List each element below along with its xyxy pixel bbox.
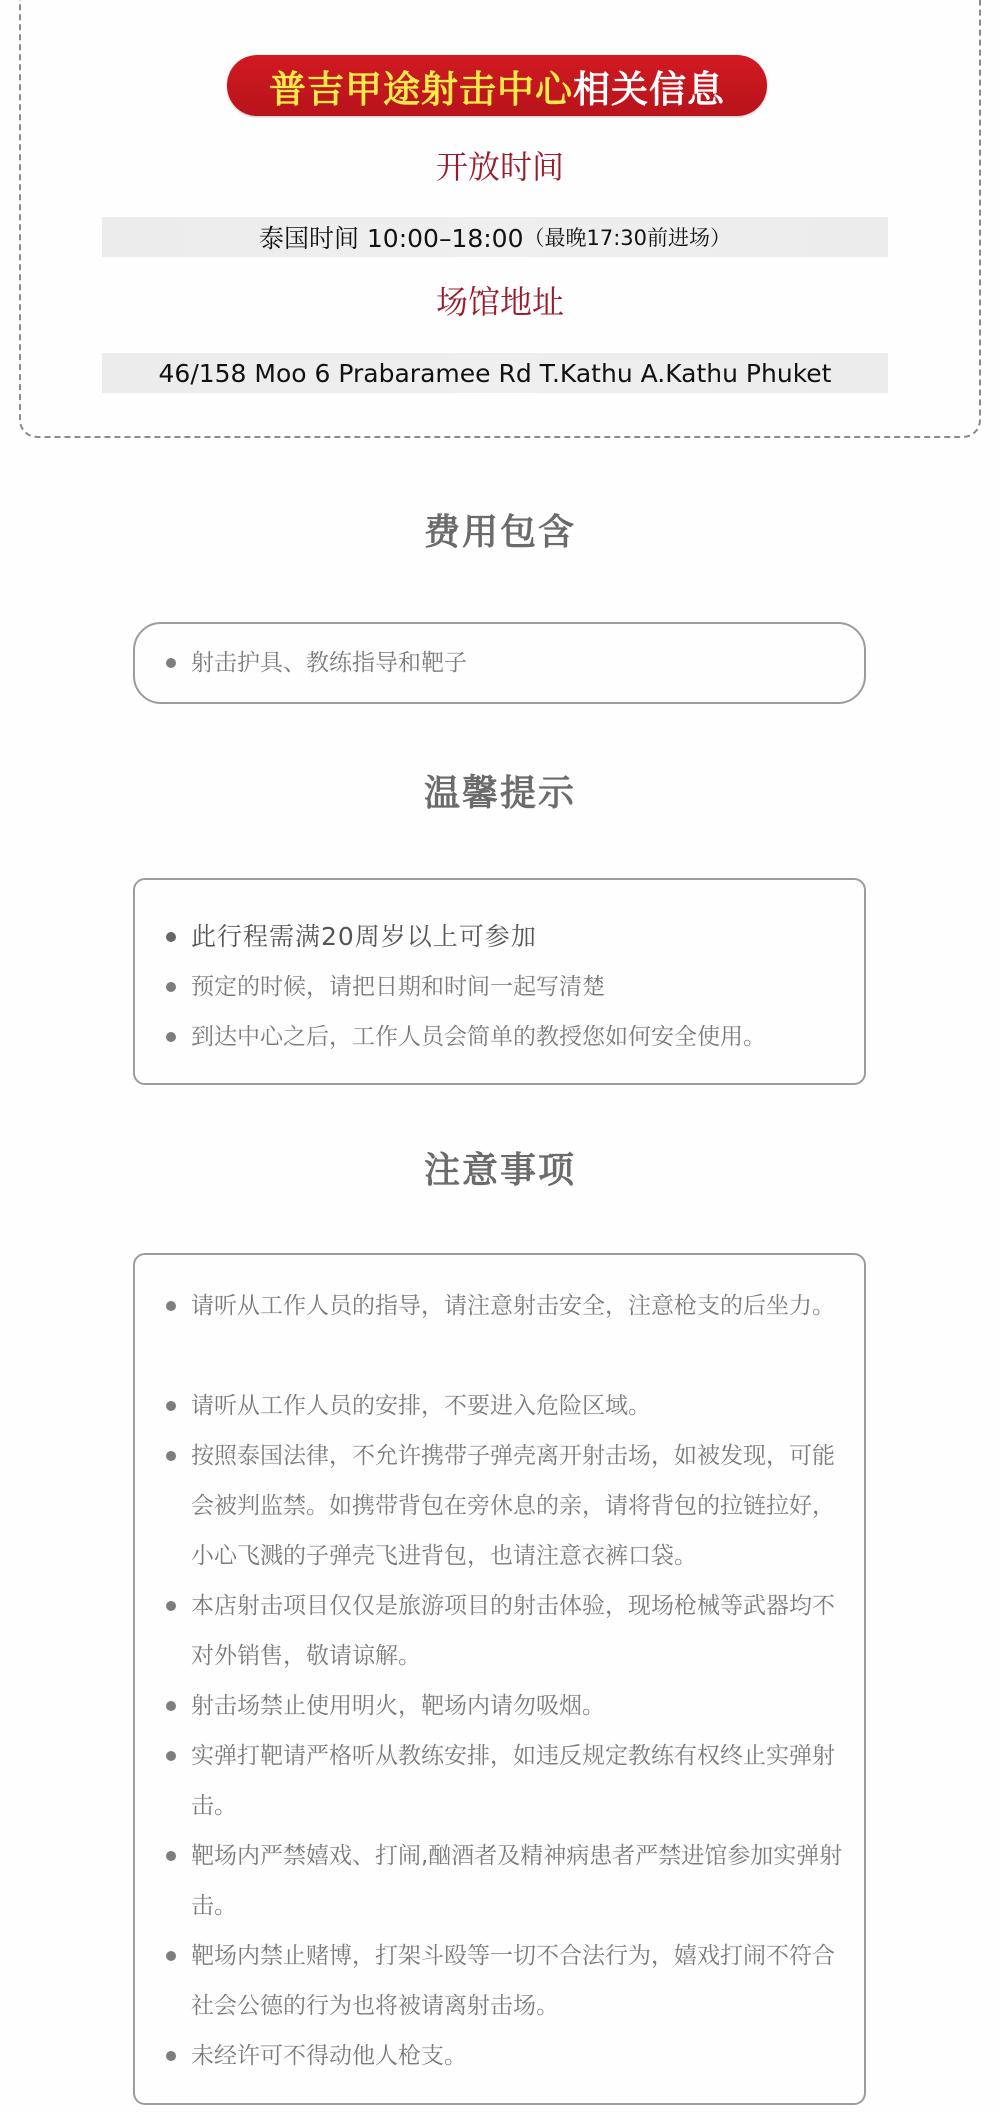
list-item: 靶场内禁止赌博，打架斗殴等一切不合法行为，嬉戏打闹不符合社会公德的行为也将被请离…	[166, 1931, 844, 2031]
banner-title-highlight: 普吉甲途射击中心	[269, 59, 573, 113]
list-item: 射击护具、教练指导和靶子	[166, 638, 844, 688]
opening-hours-value: 泰国时间 10:00–18:00	[259, 219, 524, 255]
list-item: 本店射击项目仅仅是旅游项目的射击体验，现场枪械等武器均不对外销售，敬请谅解。	[166, 1581, 844, 1681]
list-item: 到达中心之后，工作人员会简单的教授您如何安全使用。	[166, 1012, 844, 1062]
bullet-icon	[166, 1032, 176, 1042]
notes-box: 请听从工作人员的指导，请注意射击安全，注意枪支的后坐力。 请听从工作人员的安排，…	[133, 1253, 866, 2105]
list-item: 靶场内严禁嬉戏、打闹,酗酒者及精神病患者严禁进馆参加实弹射击。	[166, 1831, 844, 1931]
list-item: 按照泰国法律，不允许携带子弹壳离开射击场，如被发现，可能会被判监禁。如携带背包在…	[166, 1431, 844, 1581]
address-heading: 场馆地址	[0, 282, 1000, 322]
list-item: 实弹打靶请严格听从教练安排，如违反规定教练有权终止实弹射击。	[166, 1731, 844, 1831]
venue-info-banner: 普吉甲途射击中心相关信息	[227, 55, 767, 116]
address-bar: 46/158 Moo 6 Prabaramee Rd T.Kathu A.Kat…	[102, 353, 888, 393]
notes-title: 注意事项	[0, 1150, 1000, 1190]
list-item: 此行程需满20周岁以上可参加	[166, 912, 844, 962]
opening-hours-heading: 开放时间	[0, 147, 1000, 187]
bullet-icon	[166, 1701, 176, 1711]
opening-hours-bar: 泰国时间 10:00–18:00（最晚17:30前进场）	[102, 217, 888, 257]
opening-hours-note: （最晚17:30前进场）	[524, 222, 732, 252]
bullet-icon	[166, 1401, 176, 1411]
bullet-icon	[166, 658, 176, 668]
bullet-icon	[166, 1451, 176, 1461]
tips-box: 此行程需满20周岁以上可参加 预定的时候，请把日期和时间一起写清楚 到达中心之后…	[133, 878, 866, 1085]
fee-included-title: 费用包含	[0, 512, 1000, 552]
list-item: 预定的时候，请把日期和时间一起写清楚	[166, 962, 844, 1012]
fee-included-box: 射击护具、教练指导和靶子	[133, 622, 866, 704]
banner-title-rest: 相关信息	[573, 59, 725, 113]
address-value: 46/158 Moo 6 Prabaramee Rd T.Kathu A.Kat…	[159, 359, 832, 388]
tips-title: 温馨提示	[0, 773, 1000, 813]
list-item: 未经许可不得动他人枪支。	[166, 2031, 844, 2081]
list-item: 请听从工作人员的安排，不要进入危险区域。	[166, 1381, 844, 1431]
list-item: 射击场禁止使用明火，靶场内请勿吸烟。	[166, 1681, 844, 1731]
bullet-icon	[166, 1601, 176, 1611]
bullet-icon	[166, 1951, 176, 1961]
list-item: 请听从工作人员的指导，请注意射击安全，注意枪支的后坐力。	[166, 1281, 844, 1331]
bullet-icon	[166, 1301, 176, 1311]
bullet-icon	[166, 932, 176, 942]
bullet-icon	[166, 982, 176, 992]
bullet-icon	[166, 1851, 176, 1861]
bullet-icon	[166, 1751, 176, 1761]
bullet-icon	[166, 2051, 176, 2061]
